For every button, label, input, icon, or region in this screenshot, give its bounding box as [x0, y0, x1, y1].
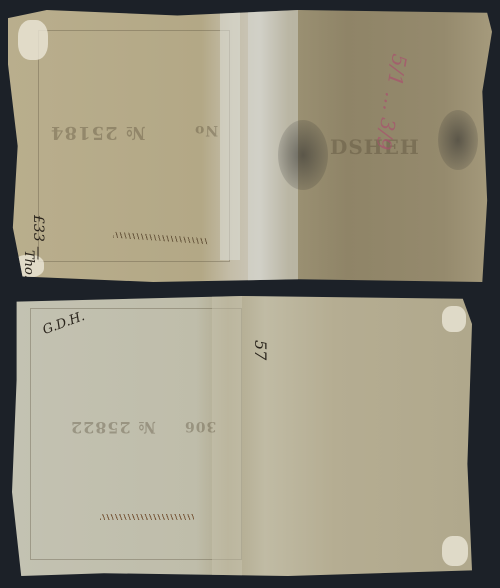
faint-prefix: No — [194, 122, 218, 138]
faint-serial: № 25822 — [70, 418, 156, 437]
printed-border — [38, 30, 230, 262]
signature-scribble — [100, 514, 194, 520]
banknote-top: № 25184 No DSHEH £33 — Tho. Walsh 5/1 … … — [8, 10, 492, 282]
banknote-bottom: № 25822 306 G.D.H. 57 — [12, 296, 472, 576]
faint-serial: № 25184 — [50, 122, 145, 143]
repair-tape — [212, 296, 242, 576]
dark-stain — [438, 110, 478, 170]
faint-prefix: 306 — [184, 418, 216, 434]
paper-loss — [18, 20, 48, 60]
paper-loss — [442, 306, 466, 332]
paper-loss — [442, 536, 468, 566]
handwritten-number: 57 — [251, 340, 270, 360]
dark-stain — [278, 120, 328, 190]
repair-tape — [220, 10, 240, 260]
